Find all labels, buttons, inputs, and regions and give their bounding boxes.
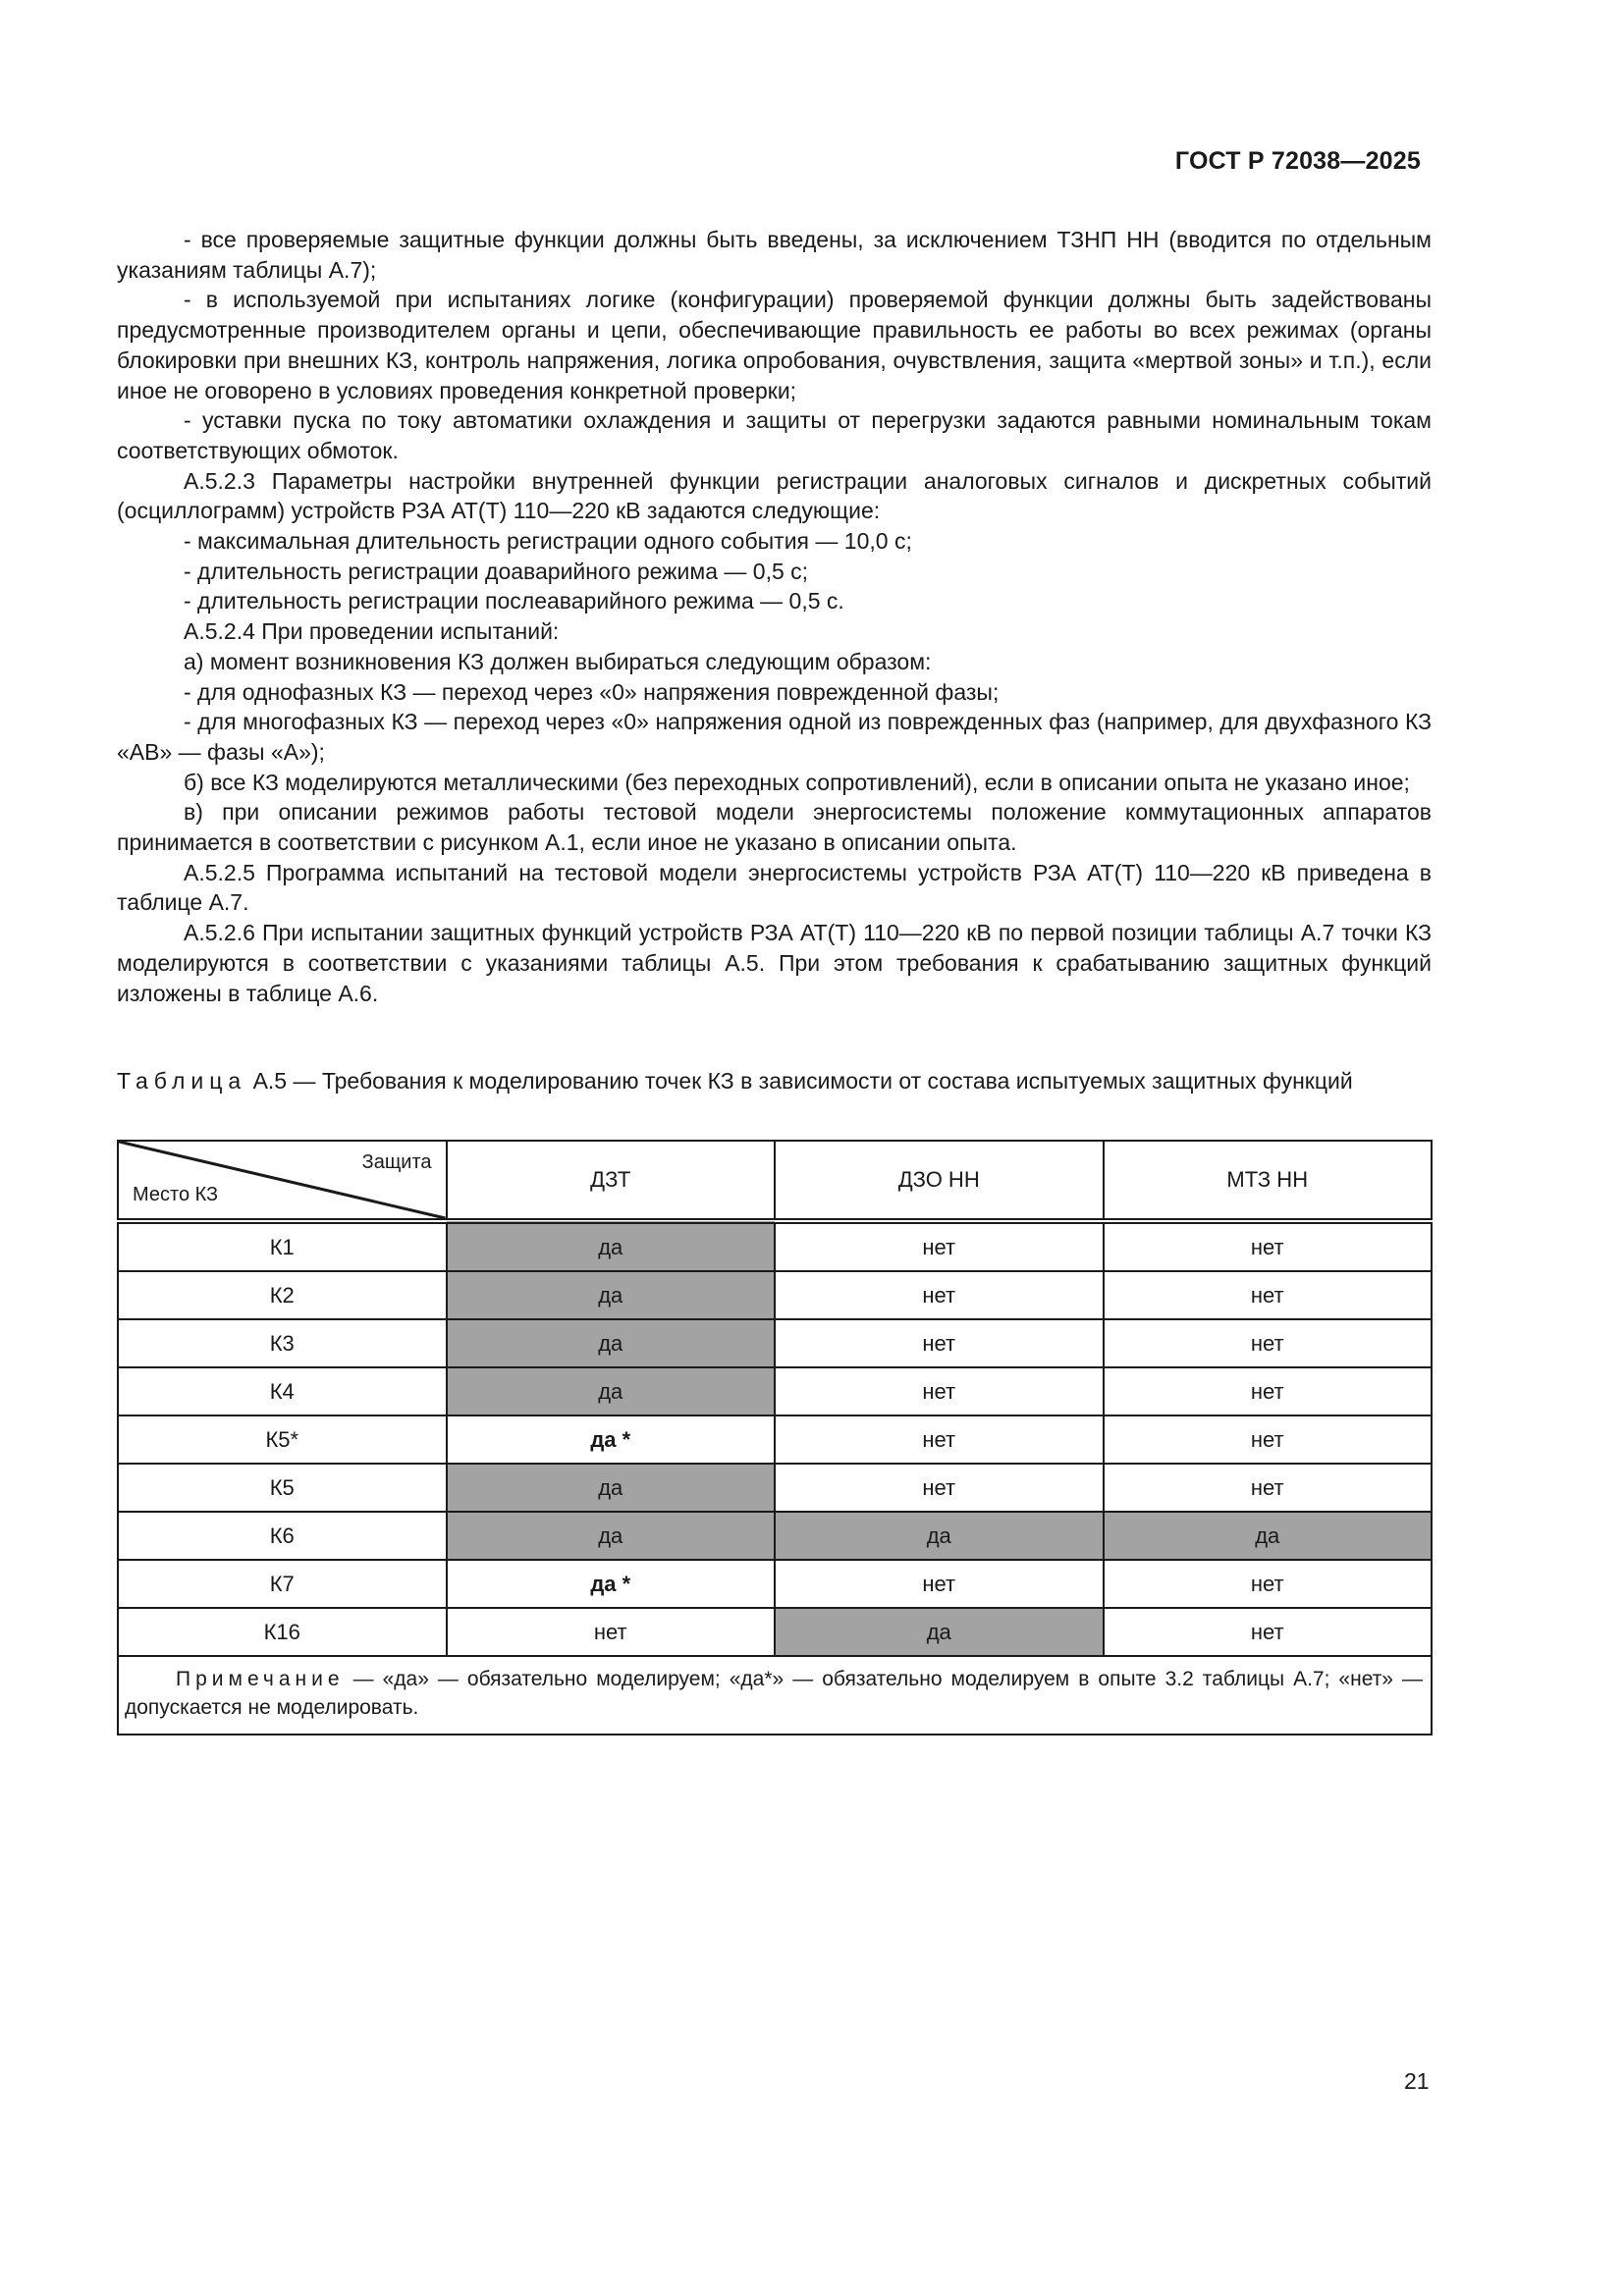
table-row: К5данетнет xyxy=(118,1464,1432,1512)
requirement-cell: нет xyxy=(1104,1319,1433,1367)
fault-place-cell: К5* xyxy=(118,1415,447,1464)
corner-label-protection: Защита xyxy=(362,1151,432,1174)
corner-header-cell: Защита Место КЗ xyxy=(118,1141,447,1221)
note-label: Примечание xyxy=(176,1668,345,1690)
fault-place-cell: К16 xyxy=(118,1608,447,1656)
body-paragraph: а) момент возникновения КЗ должен выбира… xyxy=(117,647,1432,677)
requirement-cell: нет xyxy=(775,1464,1104,1512)
requirement-cell: да xyxy=(447,1367,776,1415)
body-paragraph: А.5.2.4 При проведении испытаний: xyxy=(117,616,1432,647)
page-number: 21 xyxy=(1404,2068,1430,2095)
requirement-cell: нет xyxy=(1104,1367,1433,1415)
body-paragraph: б) все КЗ моделируются металлическими (б… xyxy=(117,768,1432,798)
requirement-cell: нет xyxy=(775,1271,1104,1319)
table-caption: Таблица А.5 — Требования к моделированию… xyxy=(117,1067,1432,1095)
document-code: ГОСТ Р 72038—2025 xyxy=(1175,147,1421,176)
table-row: К3данетнет xyxy=(118,1319,1432,1367)
requirement-cell: да xyxy=(447,1464,776,1512)
body-text: - все проверяемые защитные функции должн… xyxy=(117,225,1432,1008)
requirement-cell: нет xyxy=(1104,1271,1433,1319)
table-row: К2данетнет xyxy=(118,1271,1432,1319)
table-note-row: Примечание — «да» — обязательно моделиру… xyxy=(118,1656,1432,1735)
body-paragraph: - для многофазных КЗ — переход через «0»… xyxy=(117,707,1432,767)
requirement-cell: да * xyxy=(447,1415,776,1464)
fault-place-cell: К5 xyxy=(118,1464,447,1512)
fault-place-cell: К6 xyxy=(118,1512,447,1560)
requirement-cell: да xyxy=(775,1608,1104,1656)
fault-place-cell: К4 xyxy=(118,1367,447,1415)
fault-place-cell: К2 xyxy=(118,1271,447,1319)
fault-place-cell: К3 xyxy=(118,1319,447,1367)
requirement-cell: нет xyxy=(775,1415,1104,1464)
body-paragraph: А.5.2.6 При испытании защитных функций у… xyxy=(117,918,1432,1008)
body-paragraph: - все проверяемые защитные функции должн… xyxy=(117,225,1432,285)
column-header: МТЗ НН xyxy=(1104,1141,1433,1221)
table-row: К4данетнет xyxy=(118,1367,1432,1415)
requirement-cell: нет xyxy=(1104,1560,1433,1608)
table-row: К7да *нетнет xyxy=(118,1560,1432,1608)
body-paragraph: - в используемой при испытаниях логике (… xyxy=(117,285,1432,405)
requirement-cell: нет xyxy=(775,1560,1104,1608)
body-paragraph: А.5.2.5 Программа испытаний на тестовой … xyxy=(117,858,1432,918)
column-header: ДЗТ xyxy=(447,1141,776,1221)
requirement-cell: нет xyxy=(775,1367,1104,1415)
table-row: К6дадада xyxy=(118,1512,1432,1560)
fault-place-cell: К7 xyxy=(118,1560,447,1608)
table-header-row: Защита Место КЗ ДЗТ ДЗО НН МТЗ НН xyxy=(118,1141,1432,1221)
table-row: К16нетданет xyxy=(118,1608,1432,1656)
body-paragraph: - максимальная длительность регистрации … xyxy=(117,526,1432,557)
requirement-cell: нет xyxy=(775,1319,1104,1367)
requirement-cell: нет xyxy=(1104,1464,1433,1512)
body-paragraph: в) при описании режимов работы тестовой … xyxy=(117,797,1432,857)
requirement-cell: да xyxy=(775,1512,1104,1560)
requirement-cell: нет xyxy=(775,1221,1104,1271)
requirement-cell: нет xyxy=(1104,1415,1433,1464)
fault-place-cell: К1 xyxy=(118,1221,447,1271)
requirement-cell: да xyxy=(1104,1512,1433,1560)
column-header: ДЗО НН xyxy=(775,1141,1104,1221)
table-note: Примечание — «да» — обязательно моделиру… xyxy=(118,1656,1432,1735)
requirement-cell: да xyxy=(447,1512,776,1560)
kz-requirements-table: Защита Место КЗ ДЗТ ДЗО НН МТЗ НН К1дане… xyxy=(117,1140,1433,1735)
table-caption-label: Таблица xyxy=(117,1068,246,1094)
requirement-cell: нет xyxy=(447,1608,776,1656)
body-paragraph: - для однофазных КЗ — переход через «0» … xyxy=(117,677,1432,708)
requirement-cell: нет xyxy=(1104,1608,1433,1656)
requirement-cell: нет xyxy=(1104,1221,1433,1271)
requirement-cell: да xyxy=(447,1221,776,1271)
requirement-cell: да xyxy=(447,1271,776,1319)
table-row: К1данетнет xyxy=(118,1221,1432,1271)
table-caption-text: А.5 — Требования к моделированию точек К… xyxy=(246,1068,1353,1094)
body-paragraph: - длительность регистрации послеаварийно… xyxy=(117,586,1432,616)
body-paragraph: - уставки пуска по току автоматики охлаж… xyxy=(117,405,1432,465)
body-paragraph: А.5.2.3 Параметры настройки внутренней ф… xyxy=(117,466,1432,526)
requirement-cell: да * xyxy=(447,1560,776,1608)
requirement-cell: да xyxy=(447,1319,776,1367)
body-paragraph: - длительность регистрации доаварийного … xyxy=(117,557,1432,587)
corner-label-place: Место КЗ xyxy=(133,1184,218,1206)
table-row: К5*да *нетнет xyxy=(118,1415,1432,1464)
